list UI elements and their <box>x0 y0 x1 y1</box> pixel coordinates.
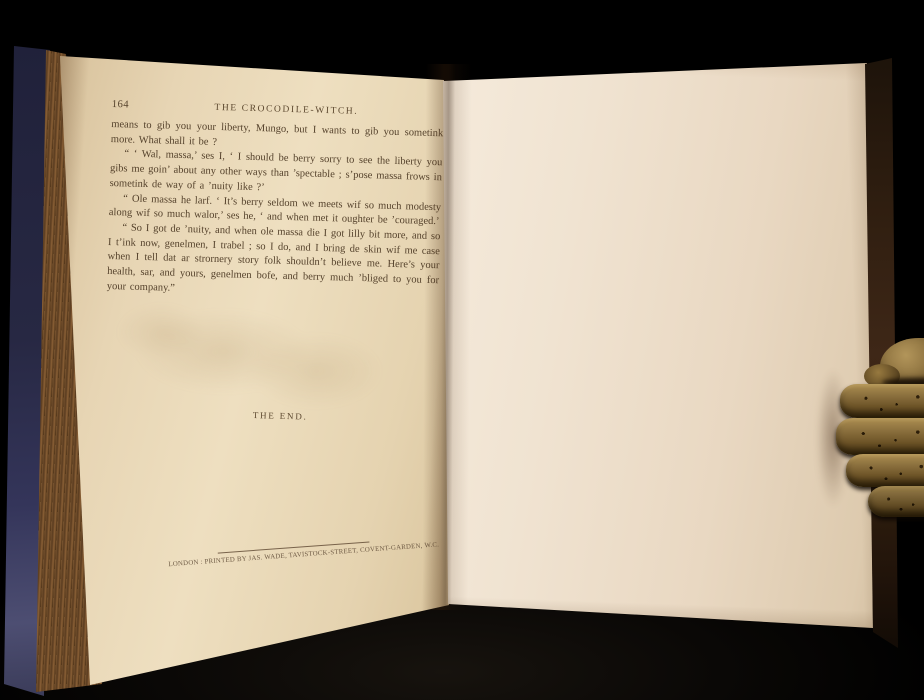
page-number: 164 <box>112 99 130 110</box>
left-page-text-block: 164 THE CROCODILE-WITCH. means to gib yo… <box>103 99 444 426</box>
hand-finger-little <box>868 486 924 517</box>
hand-finger-index <box>840 384 924 418</box>
hand-finger-ring <box>846 454 924 487</box>
right-page-edge-shading <box>443 62 873 630</box>
right-page-blank <box>443 62 873 630</box>
hand-finger-middle <box>836 418 924 455</box>
left-page: 164 THE CROCODILE-WITCH. means to gib yo… <box>60 55 449 685</box>
the-end-marker: THE END. <box>125 407 435 426</box>
page-header: 164 THE CROCODILE-WITCH. <box>112 99 444 119</box>
gutter-shadow <box>422 64 472 610</box>
photo-backdrop: 164 THE CROCODILE-WITCH. means to gib yo… <box>0 0 924 700</box>
bronze-hand <box>836 338 924 520</box>
running-title: THE CROCODILE-WITCH. <box>129 100 444 119</box>
printer-colophon: LONDON : PRINTED BY JAS. WADE, TAVISTOCK… <box>168 538 420 568</box>
paragraph: “ So I got de ’nuity, and when ole massa… <box>107 221 441 304</box>
